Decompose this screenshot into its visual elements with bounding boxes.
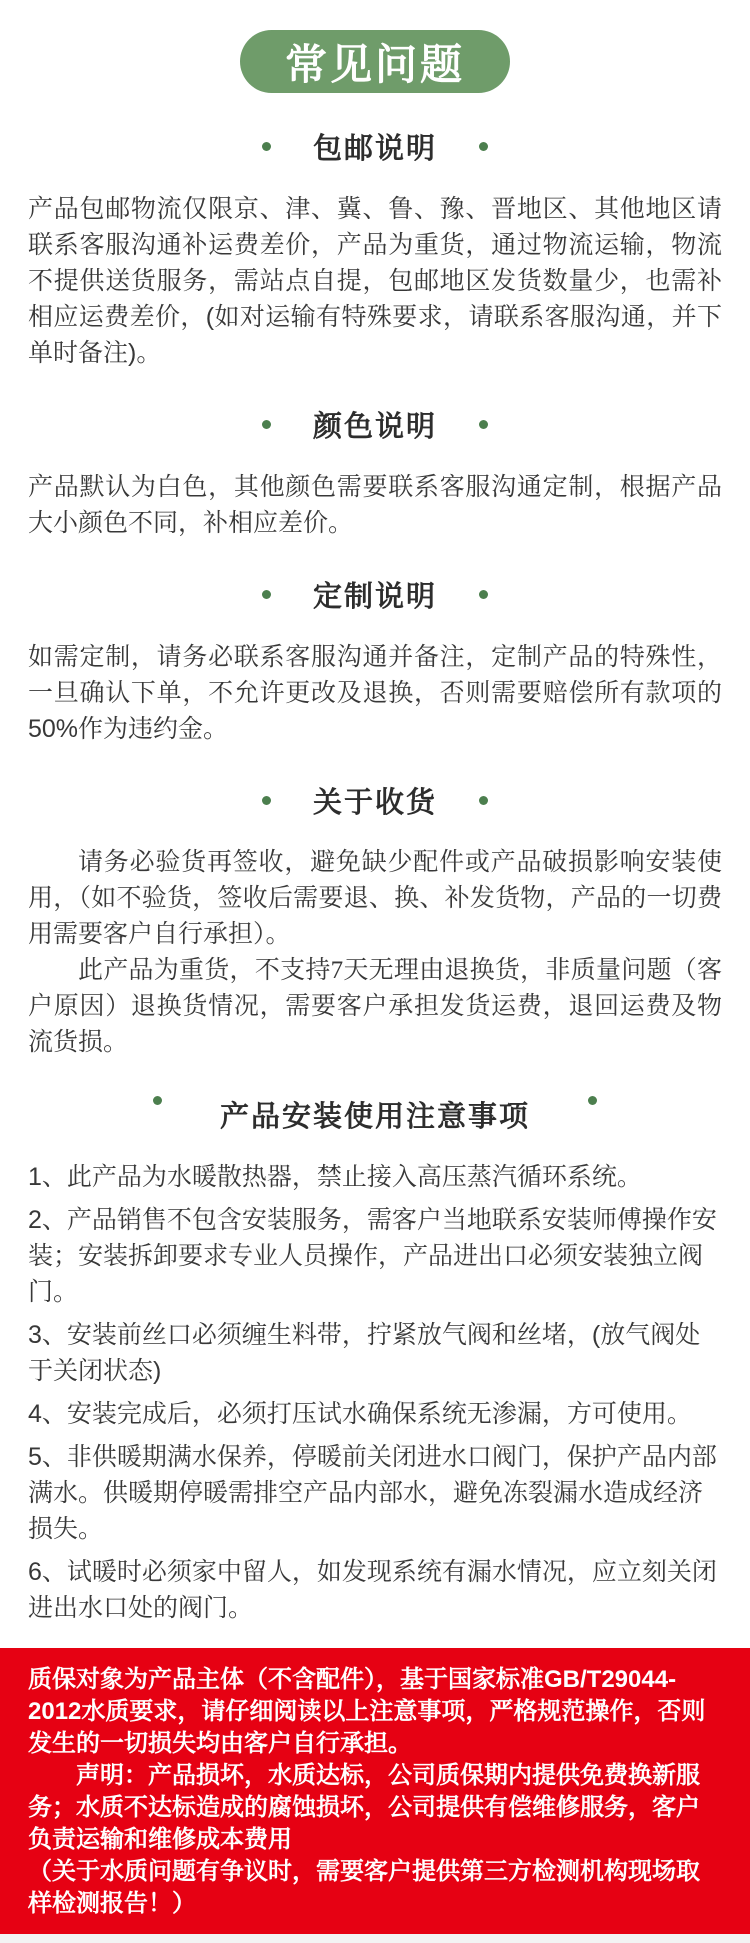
- section-shipping-heading-row: 包邮说明: [0, 126, 750, 167]
- bullet-dot-icon: [262, 420, 271, 429]
- bullet-dot-icon: [479, 590, 488, 599]
- section-receiving-paragraph: 请务必验货再签收，避免缺少配件或产品破损影响安装使用，（如不验货，签收后需要退、…: [28, 845, 722, 953]
- install-notes-list: 1、此产品为水暖散热器，禁止接入高压蒸汽循环系统。 2、产品销售不包含安装服务，…: [28, 1159, 722, 1626]
- install-note-item: 6、试暖时必须家中留人，如发现系统有漏水情况，应立刻关闭进出水口处的阀门。: [28, 1554, 722, 1626]
- section-receiving-heading: 关于收货: [313, 780, 437, 821]
- install-note-item: 1、此产品为水暖散热器，禁止接入高压蒸汽循环系统。: [28, 1159, 722, 1195]
- bullet-dot-icon: [588, 1096, 597, 1105]
- bottom-strip: [0, 1934, 750, 1943]
- warranty-declaration: 声明：产品损坏，水质达标，公司质保期内提供免费换新服务；水质不达标造成的腐蚀损坏…: [28, 1760, 722, 1856]
- section-customization: 定制说明 如需定制，请务必联系客服沟通并备注，定制产品的特殊性，一旦确认下单，不…: [0, 574, 750, 747]
- section-receiving-paragraph: 此产品为重货，不支持7天无理由退换货，非质量问题（客户原因）退换货情况，需要客户…: [28, 953, 722, 1061]
- page-title: 常见问题: [285, 32, 465, 92]
- warranty-paragraph: 质保对象为产品主体（不含配件），基于国家标准GB/T29044-2012水质要求…: [28, 1664, 722, 1760]
- bullet-dot-icon: [262, 796, 271, 805]
- section-color-heading: 颜色说明: [313, 404, 437, 445]
- section-customization-paragraph: 如需定制，请务必联系客服沟通并备注，定制产品的特殊性，一旦确认下单，不允许更改及…: [28, 639, 722, 747]
- bullet-dot-icon: [479, 796, 488, 805]
- faq-page: 常见问题 包邮说明 产品包邮物流仅限京、津、冀、鲁、豫、晋地区、其他地区请联系客…: [0, 0, 750, 1943]
- section-customization-heading-row: 定制说明: [0, 574, 750, 615]
- install-note-item: 3、安装前丝口必须缠生料带，拧紧放气阀和丝堵，(放气阀处于关闭状态): [28, 1317, 722, 1389]
- section-install-notes: 产品安装使用注意事项 1、此产品为水暖散热器，禁止接入高压蒸汽循环系统。 2、产…: [0, 1094, 750, 1626]
- bullet-dot-icon: [153, 1096, 162, 1105]
- bullet-dot-icon: [262, 142, 271, 151]
- section-shipping-paragraph: 产品包邮物流仅限京、津、冀、鲁、豫、晋地区、其他地区请联系客服沟通补运费差价，产…: [28, 191, 722, 371]
- install-note-item: 5、非供暖期满水保养，停暖前关闭进水口阀门，保护产品内部满水。供暖期停暖需排空产…: [28, 1439, 722, 1547]
- section-shipping-heading: 包邮说明: [313, 126, 437, 167]
- page-title-pill: 常见问题: [240, 30, 510, 93]
- section-color: 颜色说明 产品默认为白色，其他颜色需要联系客服沟通定制，根据产品大小颜色不同，补…: [0, 404, 750, 541]
- install-note-item: 2、产品销售不包含安装服务，需客户当地联系安装师傅操作安装；安装拆卸要求专业人员…: [28, 1202, 722, 1310]
- bullet-dot-icon: [262, 590, 271, 599]
- section-customization-heading: 定制说明: [313, 574, 437, 615]
- section-install-heading-row: 产品安装使用注意事项: [0, 1094, 750, 1135]
- section-shipping: 包邮说明 产品包邮物流仅限京、津、冀、鲁、豫、晋地区、其他地区请联系客服沟通补运…: [0, 126, 750, 371]
- section-receiving-heading-row: 关于收货: [0, 780, 750, 821]
- bullet-dot-icon: [479, 142, 488, 151]
- section-receiving: 关于收货 请务必验货再签收，避免缺少配件或产品破损影响安装使用，（如不验货，签收…: [0, 780, 750, 1061]
- warranty-dispute-note: （关于水质问题有争议时，需要客户提供第三方检测机构现场取样检测报告！）: [28, 1856, 722, 1920]
- section-install-heading: 产品安装使用注意事项: [220, 1094, 530, 1135]
- section-color-heading-row: 颜色说明: [0, 404, 750, 445]
- warranty-footer: 质保对象为产品主体（不含配件），基于国家标准GB/T29044-2012水质要求…: [0, 1648, 750, 1934]
- bullet-dot-icon: [479, 420, 488, 429]
- section-color-paragraph: 产品默认为白色，其他颜色需要联系客服沟通定制，根据产品大小颜色不同，补相应差价。: [28, 469, 722, 541]
- install-note-item: 4、安装完成后，必须打压试水确保系统无渗漏，方可使用。: [28, 1396, 722, 1432]
